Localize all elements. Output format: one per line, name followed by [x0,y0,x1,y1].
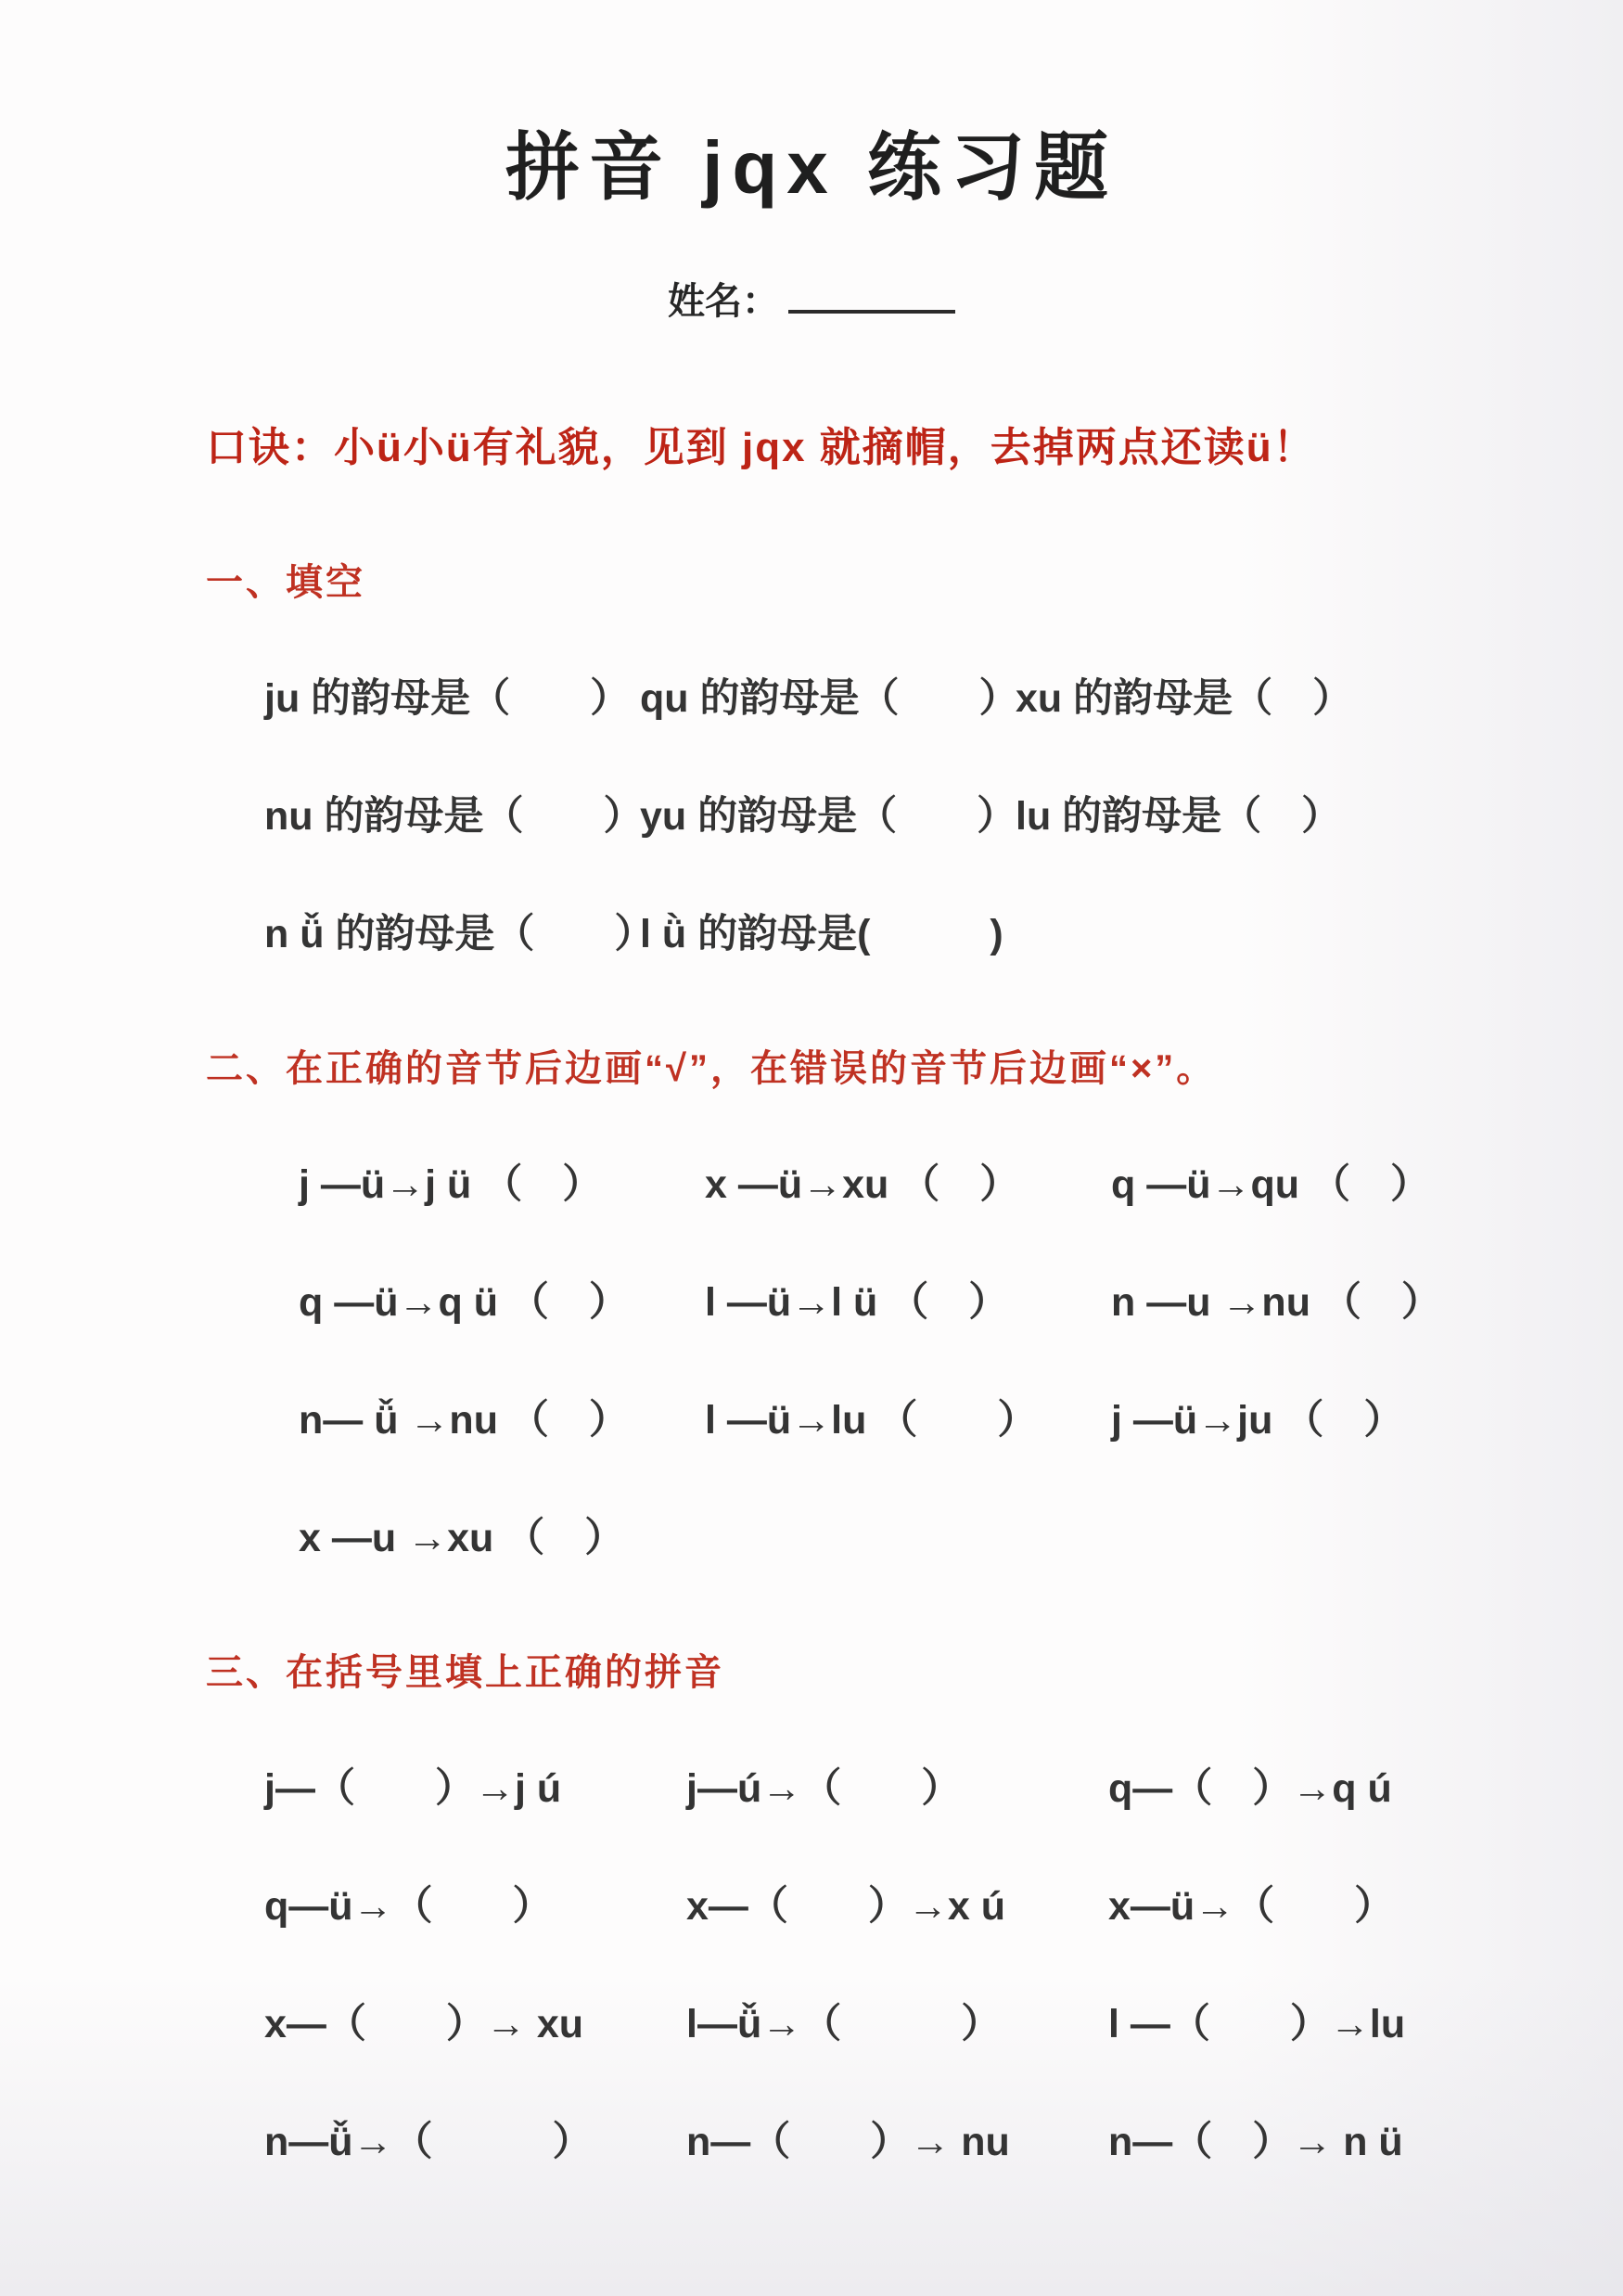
fill-blank-item: yu 的韵母是（ ） [640,785,1016,841]
section-1-row-2: nu 的韵母是（ ） yu 的韵母是（ ） lu 的韵母是（ ） [264,785,1623,841]
judge-item: x —ü→xu （ ） [705,1153,1111,1210]
pinyin-item: l—ǚ→（ ） [686,1993,1108,2049]
fill-blank-item: n ǚ 的韵母是（ ） [264,903,640,959]
section-3-heading: 三、在括号里填上正确的拼音 [206,1643,1623,1696]
worksheet-page: 拼音 jqx 练习题 姓名： 口诀：小ü小ü有礼貌，见到 jqx 就摘帽，去掉两… [0,0,1623,2167]
pinyin-item: j—（ ）→j ú [264,1757,686,1814]
judge-item: l —ü→lu （ ） [705,1389,1111,1445]
judge-item: q —ü→qu （ ） [1111,1153,1517,1210]
fill-blank-item: lu 的韵母是（ ） [1016,785,1391,841]
judge-item: x —u →xu （ ） [299,1507,705,1563]
pinyin-item: x—ü→（ ） [1108,1875,1530,1931]
judge-item: j —ü→j ü （ ） [299,1153,705,1210]
judge-item: n —u →nu （ ） [1111,1271,1517,1328]
fill-blank-item: xu 的韵母是（ ） [1016,667,1391,724]
section-2-heading: 二、在正确的音节后边画“√”，在错误的音节后边画“×”。 [206,1039,1623,1092]
pinyin-item: l —（ ）→lu [1108,1993,1530,2049]
name-row: 姓名： [0,272,1623,325]
fill-blank-item: ju 的韵母是（ ） [264,667,640,724]
pinyin-item: n—（ ）→ nu [686,2110,1108,2167]
pinyin-item: x—（ ）→x ú [686,1875,1108,1931]
section-1-row-3: n ǚ 的韵母是（ ） l ǜ 的韵母是( ) [264,903,1623,959]
section-1-row-1: ju 的韵母是（ ） qu 的韵母是（ ） xu 的韵母是（ ） [264,667,1623,724]
name-blank-line [788,275,955,314]
section-2-row-4: x —u →xu （ ） [299,1507,1623,1563]
pinyin-item: x—（ ）→ xu [264,1993,686,2049]
pinyin-item: q—（ ）→q ú [1108,1757,1530,1814]
section-1-heading: 一、填空 [206,553,1623,606]
section-3-row-4: n—ǚ→（ ） n—（ ）→ nu n—（ ）→ n ü [264,2110,1623,2167]
pinyin-item: j—ú→（ ） [686,1757,1108,1814]
fill-blank-item: nu 的韵母是（ ） [264,785,640,841]
fill-blank-item: l ǜ 的韵母是( ) [640,903,1016,959]
section-3-row-1: j—（ ）→j ú j—ú→（ ） q—（ ）→q ú [264,1757,1623,1814]
pinyin-item: q—ü→（ ） [264,1875,686,1931]
section-3-row-3: x—（ ）→ xu l—ǚ→（ ） l —（ ）→lu [264,1993,1623,2049]
fill-blank-item: qu 的韵母是（ ） [640,667,1016,724]
judge-item: j —ü→ju （ ） [1111,1389,1517,1445]
judge-item: q —ü→q ü （ ） [299,1271,705,1328]
mnemonic-line: 口诀：小ü小ü有礼貌，见到 jqx 就摘帽，去掉两点还读ü！ [206,414,1623,473]
section-2-row-3: n— ǚ →nu （ ） l —ü→lu （ ） j —ü→ju （ ） [299,1389,1623,1445]
judge-item: l —ü→l ü （ ） [705,1271,1111,1328]
name-label: 姓名： [668,281,779,322]
page-title: 拼音 jqx 练习题 [0,108,1623,214]
section-2-row-2: q —ü→q ü （ ） l —ü→l ü （ ） n —u →nu （ ） [299,1271,1623,1328]
section-3-row-2: q—ü→（ ） x—（ ）→x ú x—ü→（ ） [264,1875,1623,1931]
judge-item: n— ǚ →nu （ ） [299,1389,705,1445]
pinyin-item: n—（ ）→ n ü [1108,2110,1530,2167]
section-2-row-1: j —ü→j ü （ ） x —ü→xu （ ） q —ü→qu （ ） [299,1153,1623,1210]
pinyin-item: n—ǚ→（ ） [264,2110,686,2167]
